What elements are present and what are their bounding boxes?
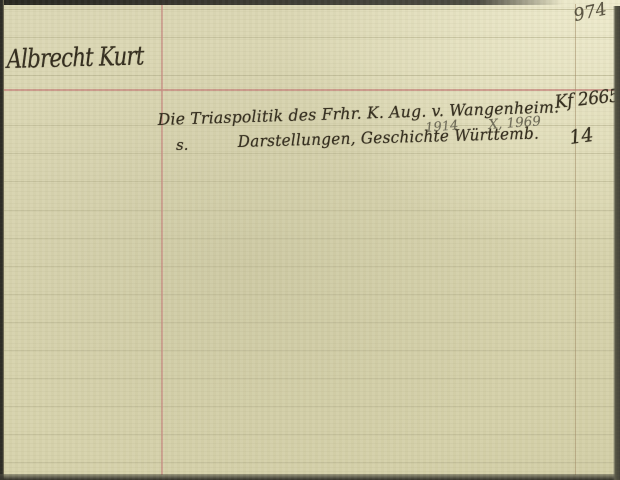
ruled-line [3, 9, 616, 10]
ruled-line [3, 37, 616, 38]
ruled-line [3, 434, 616, 435]
heading-author-name: Albrecht Kurt [6, 41, 144, 75]
ruled-line [3, 75, 616, 76]
ruled-line [3, 238, 616, 239]
see-reference-abbrev: s. [176, 136, 188, 154]
ruled-line [3, 350, 616, 351]
right-column-rule [575, 4, 576, 475]
red-margin-rule [161, 4, 163, 475]
volume-number: 14 [568, 124, 595, 149]
ruled-line [3, 266, 616, 267]
scan-edge-bottom [0, 474, 620, 480]
ruled-line [3, 153, 616, 154]
red-header-rule [0, 89, 620, 91]
corner-number: 974 [572, 0, 609, 26]
ruled-line [3, 322, 616, 323]
ruled-line [3, 462, 616, 463]
series-reference-line: Darstellungen, Geschichte Württemb. [237, 124, 539, 151]
catalog-card-scan: 974 Albrecht Kurt Die Triaspolitik des F… [0, 0, 620, 480]
scan-edge-top [0, 0, 563, 5]
ruled-line [3, 294, 616, 295]
ruled-line [3, 378, 616, 379]
ruled-line [3, 406, 616, 407]
ruled-line [3, 210, 616, 211]
ruled-line [3, 181, 616, 182]
scan-edge-right [613, 6, 620, 480]
scan-edge-left [0, 0, 4, 480]
